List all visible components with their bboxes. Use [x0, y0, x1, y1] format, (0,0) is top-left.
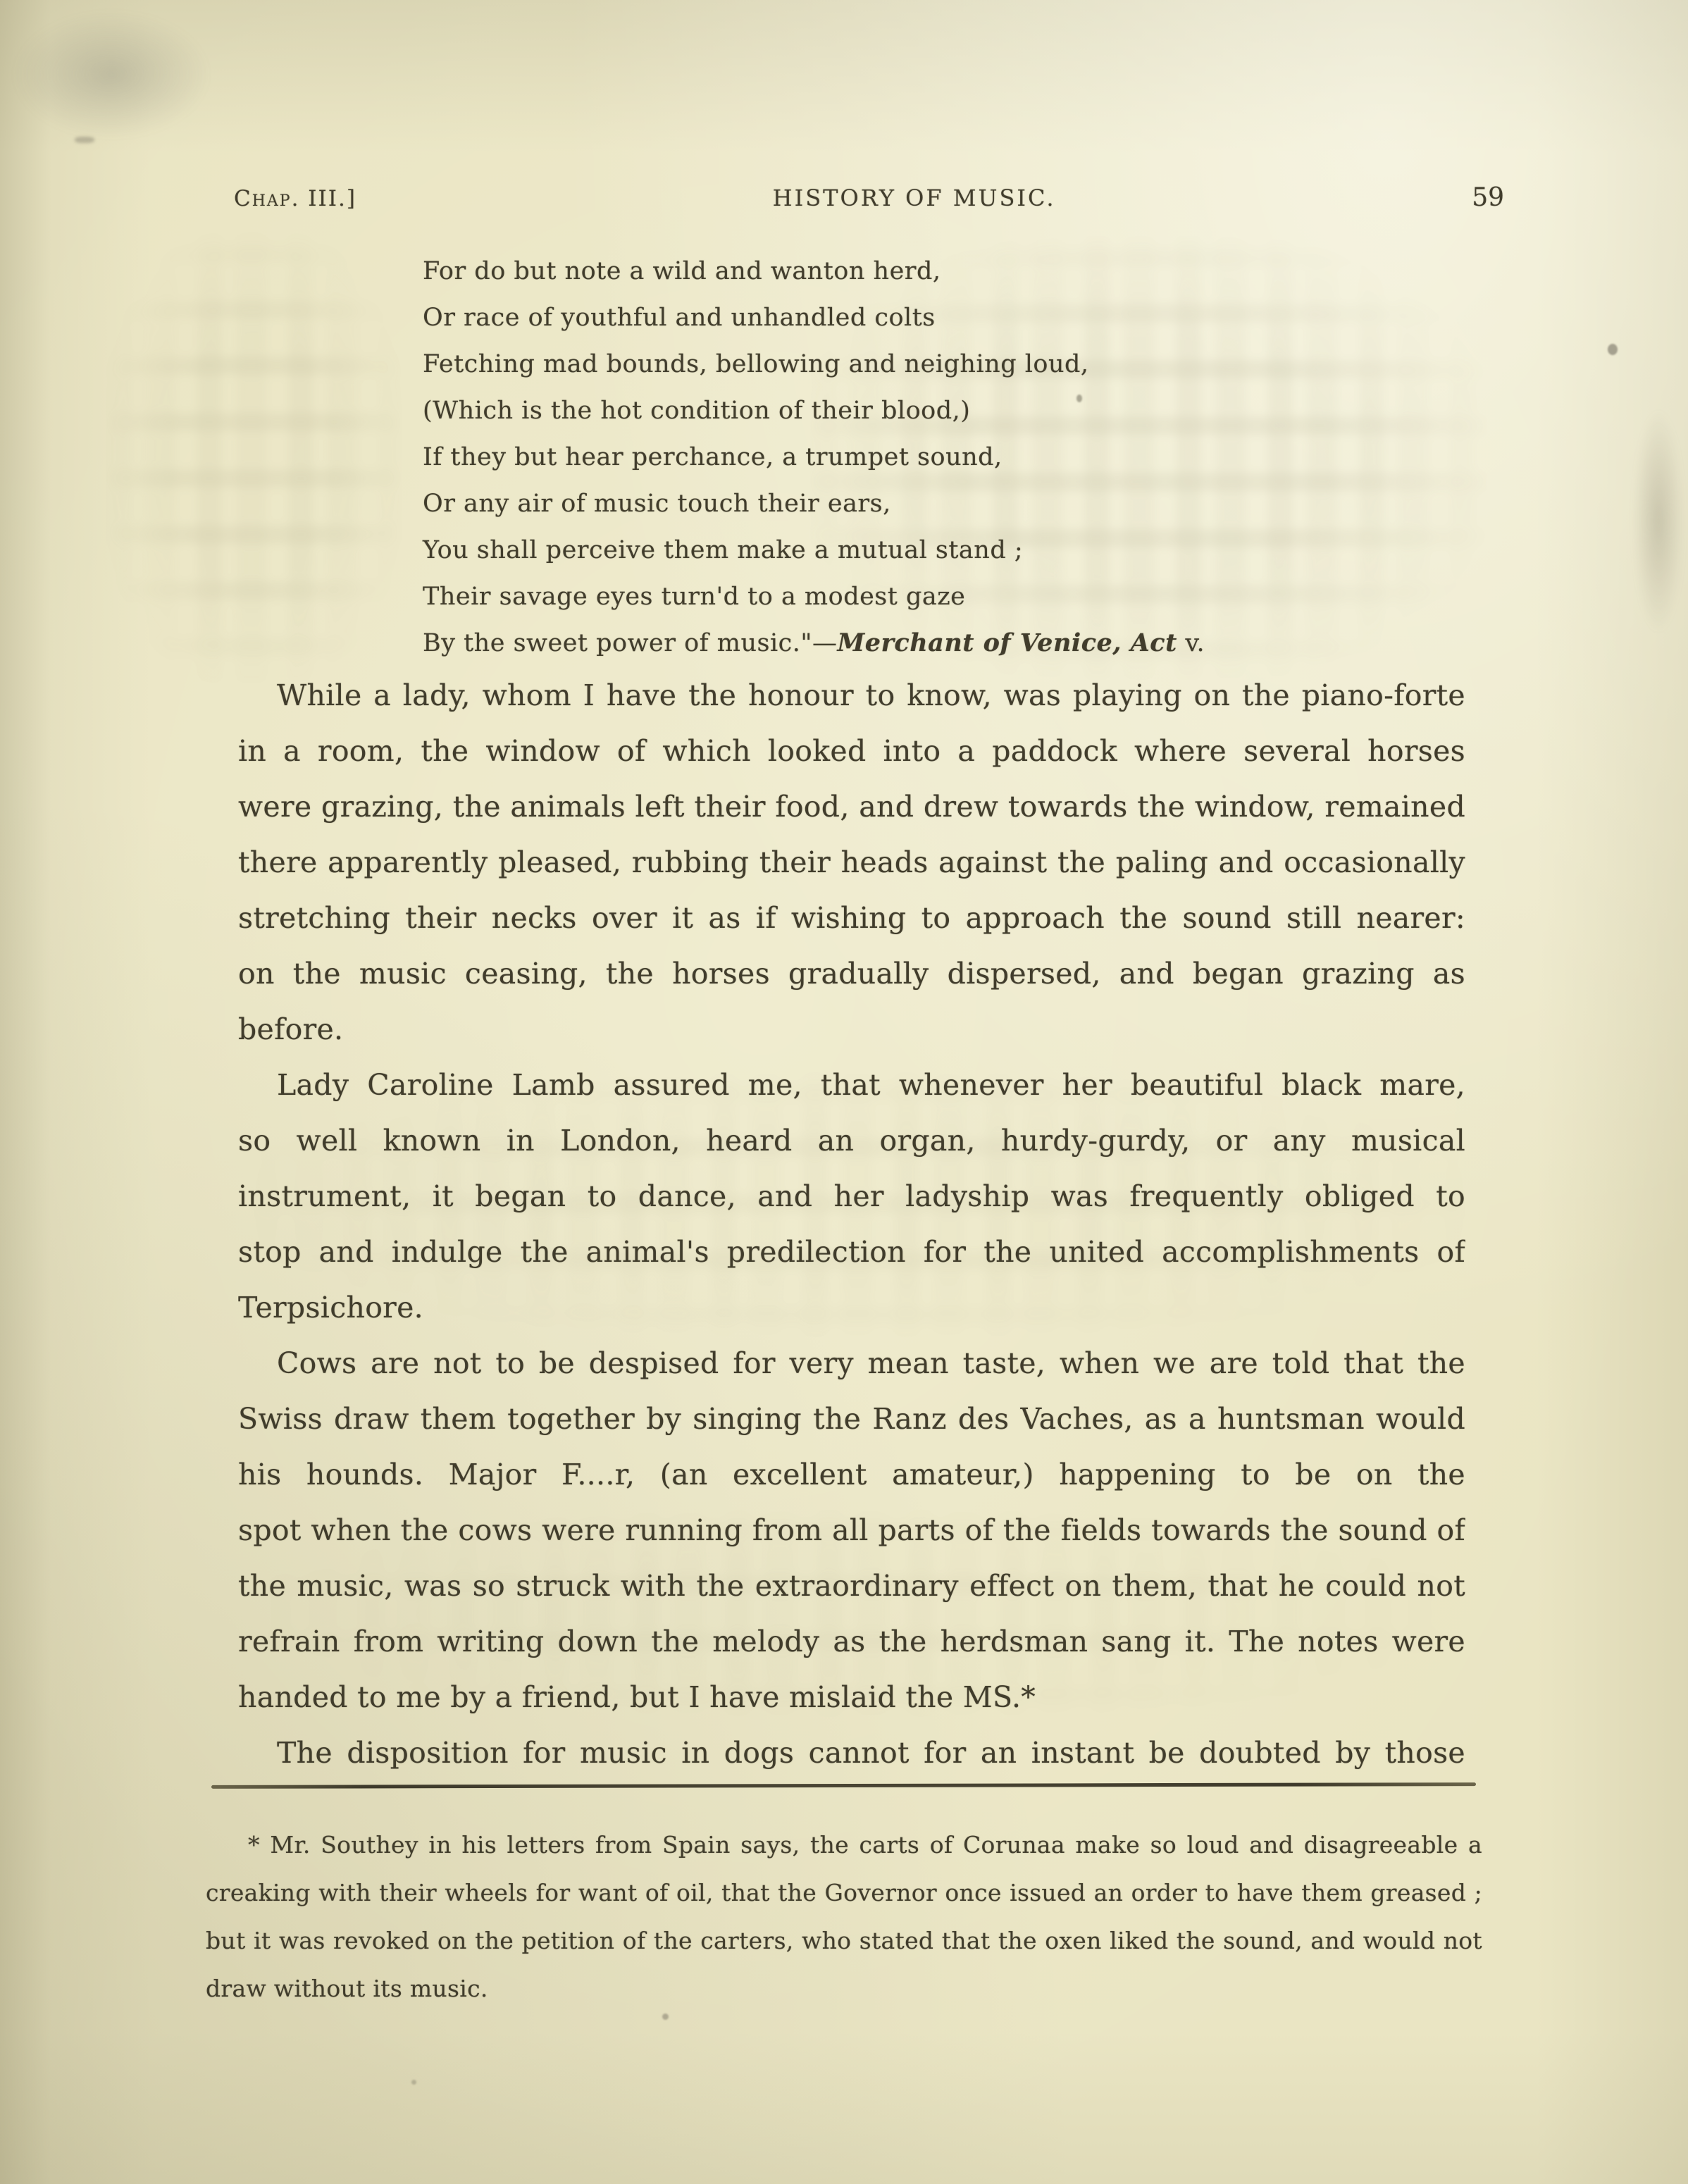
poem-attribution: By the sweet power of music."—Merchant o… [423, 620, 1465, 666]
text-line: refrain from writing down the melody as … [238, 1614, 1465, 1670]
text-line: stop and indulge the animal's predilecti… [238, 1224, 1465, 1280]
poem-line: For do but note a wild and wanton herd, [423, 248, 1465, 294]
text-line: stretching their necks over it as if wis… [238, 891, 1465, 946]
corner-smudge [13, 11, 210, 138]
text-line: handed to me by a friend, but I have mis… [238, 1670, 1465, 1725]
poem-line: Or race of youthful and unhandled colts [423, 294, 1465, 341]
ink-speck [411, 2080, 416, 2085]
footnote-rule [211, 1782, 1476, 1789]
text-line: While a lady, whom I have the honour to … [238, 668, 1465, 724]
poem-line: Their savage eyes turn'd to a modest gaz… [423, 573, 1465, 620]
text-line: spot when the cows were running from all… [238, 1503, 1465, 1558]
text-line: the music, was so struck with the extrao… [238, 1558, 1465, 1614]
running-title: HISTORY OF MUSIC. [773, 185, 1056, 211]
attribution-text: By the sweet power of music."— [423, 629, 837, 657]
bleed-through-ghost [106, 232, 402, 683]
poem-line: Fetching mad bounds, bellowing and neigh… [423, 341, 1465, 387]
text-line: were grazing, the animals left their foo… [238, 779, 1465, 835]
ink-speck [662, 2014, 669, 2020]
ink-speck [1608, 344, 1618, 355]
footnote: * Mr. Southey in his letters from Spain … [206, 1821, 1482, 2013]
running-head: Chap. III.] HISTORY OF MUSIC. 59 [234, 183, 1504, 212]
footnote-line: * Mr. Southey in his letters from Spain … [206, 1821, 1482, 1869]
poem-line: (Which is the hot condition of their blo… [423, 387, 1465, 434]
footnote-line: creaking with their wheels for want of o… [206, 1869, 1482, 1917]
text-line: there apparently pleased, rubbing their … [238, 835, 1465, 891]
attribution-source: Merchant of Venice, Act [837, 628, 1177, 657]
text-line: his hounds. Major F....r, (an excellent … [238, 1447, 1465, 1503]
chapter-label: Chap. III.] [234, 186, 356, 211]
page-number: 59 [1472, 183, 1504, 212]
poem-line: You shall perceive them make a mutual st… [423, 527, 1465, 573]
poem-line: Or any air of music touch their ears, [423, 480, 1465, 527]
footnote-line: draw without its music. [206, 1965, 1482, 2013]
text-line: Lady Caroline Lamb assured me, that when… [238, 1057, 1465, 1113]
edge-smudge [1633, 409, 1684, 634]
text-line: Cows are not to be despised for very mea… [238, 1336, 1465, 1391]
text-line: instrument, it began to dance, and her l… [238, 1169, 1465, 1224]
text-line: on the music ceasing, the horses gradual… [238, 946, 1465, 1002]
text-line: in a room, the window of which looked in… [238, 724, 1465, 779]
poem-line: If they but hear perchance, a trumpet so… [423, 434, 1465, 480]
text-line: before. [238, 1002, 1465, 1057]
text-line: Swiss draw them together by singing the … [238, 1391, 1465, 1447]
text-line: so well known in London, heard an organ,… [238, 1113, 1465, 1169]
body-text: While a lady, whom I have the honour to … [238, 668, 1465, 1781]
text-line: The disposition for music in dogs cannot… [238, 1725, 1465, 1781]
text-line: Terpsichore. [238, 1280, 1465, 1336]
poem-quote: For do but note a wild and wanton herd, … [423, 248, 1465, 666]
scanned-book-page: Chap. III.] HISTORY OF MUSIC. 59 For do … [0, 0, 1688, 2184]
pencil-mark [75, 137, 94, 143]
footnote-line: but it was revoked on the petition of th… [206, 1917, 1482, 1965]
attribution-act: v. [1177, 629, 1205, 657]
